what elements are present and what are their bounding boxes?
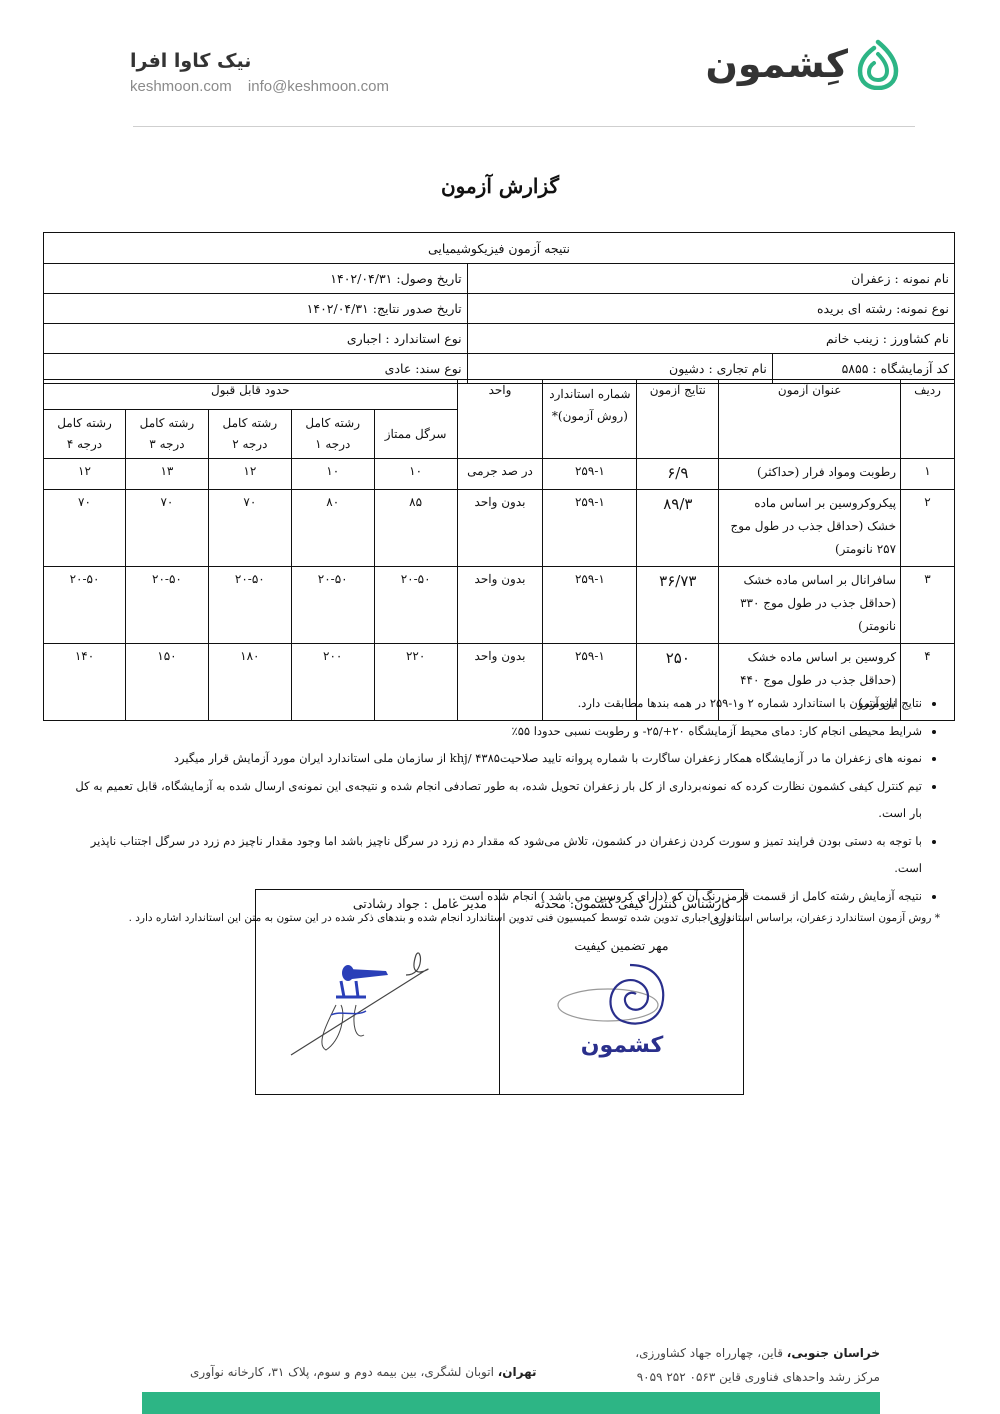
note-item: تیم کنترل کیفی کشمون نظارت کرده که نمونه… — [62, 773, 922, 828]
test-title: رطوبت ومواد فرار (حداکثر) — [719, 459, 901, 490]
svg-text:کشمون: کشمون — [580, 1033, 663, 1058]
footer-khorasan-address: خراسان جنوبی، قاین، چهارراه جهاد کشاورزی… — [635, 1341, 880, 1389]
standard-no: ۲۵۹-۱ — [543, 567, 637, 644]
test-result: ۶/۹ — [637, 459, 719, 490]
limit-grade3: ۱۳ — [125, 459, 208, 490]
keshmoon-logo-icon — [856, 38, 900, 90]
khorasan-label: خراسان جنوبی، — [787, 1346, 880, 1360]
ceo-signature-cell: مدیر عامل : جواد رشادتی — [256, 890, 500, 1095]
table-caption: نتیجه آزمون فیزیکوشیمیایی — [44, 233, 955, 264]
brand: کِشمون — [706, 38, 901, 90]
header-divider — [133, 126, 915, 127]
test-title: پیکروکروسین بر اساس ماده خشک (حداقل جذب … — [719, 490, 901, 567]
limit-grade4: ۷۰ — [44, 490, 126, 567]
qc-expert-name: کارشناس کنترل کیفی کشمون: محدثه دری — [512, 896, 731, 926]
results-table: ردیف عنوان آزمون نتایج آزمون شماره استان… — [43, 379, 955, 721]
row-no: ۱ — [901, 459, 955, 490]
header-unit: واحد — [457, 380, 543, 459]
test-title: سافرانال بر اساس ماده خشک (حداقل جذب در … — [719, 567, 901, 644]
limit-grade2: ۲۰-۵۰ — [208, 567, 291, 644]
standard-type: نوع استاندارد : اجباری — [44, 324, 468, 354]
limit-sargol: ۱۰ — [374, 459, 457, 490]
header-grade4: رشته کامل درجه ۴ — [44, 410, 126, 459]
limit-grade1: ۱۰ — [291, 459, 374, 490]
email-link[interactable]: info@keshmoon.com — [248, 78, 389, 95]
unit: بدون واحد — [457, 567, 543, 644]
footer-tehran-address: تهران، اتوبان لشگری، بین بیمه دوم و سوم،… — [190, 1365, 537, 1379]
tehran-address: اتوبان لشگری، بین بیمه دوم و سوم، پلاک ۳… — [190, 1365, 498, 1379]
ceo-signature — [286, 945, 456, 1068]
table-row: ۳ سافرانال بر اساس ماده خشک (حداقل جذب د… — [44, 567, 955, 644]
limit-grade4: ۲۰-۵۰ — [44, 567, 126, 644]
brand-name: کِشمون — [706, 42, 849, 86]
note-item: با توجه به دستی بودن فرایند تمیز و سورت … — [62, 828, 922, 883]
note-item: شرایط محیطی انجام کار: دمای محیط آزمایشگ… — [62, 718, 922, 746]
header-sargol: سرگل ممتاز — [374, 410, 457, 459]
standard-no: ۲۵۹-۱ — [543, 459, 637, 490]
limit-grade2: ۱۲ — [208, 459, 291, 490]
test-result: ۸۹/۳ — [637, 490, 719, 567]
table-row: ۱ رطوبت ومواد فرار (حداکثر) ۶/۹ ۲۵۹-۱ در… — [44, 459, 955, 490]
note-item: نتایج این آزمون با استاندارد شماره ۲ و۱-… — [62, 690, 922, 718]
header-row-no: ردیف — [901, 380, 955, 459]
header-test-title: عنوان آزمون — [719, 380, 901, 459]
limit-grade3: ۷۰ — [125, 490, 208, 567]
quality-stamp: کشمون — [552, 960, 692, 1063]
receipt-date: تاریخ وصول: ۱۴۰۲/۰۴/۳۱ — [44, 264, 468, 294]
row-no: ۳ — [901, 567, 955, 644]
notes-list: نتایج این آزمون با استاندارد شماره ۲ و۱-… — [62, 690, 942, 910]
company-name: نیک کاوا افرا — [130, 50, 401, 72]
limit-grade1: ۲۰-۵۰ — [291, 567, 374, 644]
limit-sargol: ۲۰-۵۰ — [374, 567, 457, 644]
khorasan-address: قاین، چهارراه جهاد کشاورزی، — [635, 1346, 787, 1360]
khorasan-line2: مرکز رشد واحدهای فناوری قاین ۰۵۶۳ ۲۵۲ ۹۰… — [635, 1365, 880, 1389]
footer-accent-bar — [142, 1392, 880, 1414]
letterhead: نیک کاوا افرا keshmoon.com info@keshmoon… — [130, 30, 900, 126]
header-limits: حدود قابل قبول — [44, 380, 458, 410]
page-title: گزارش آزمون — [0, 174, 1000, 198]
footer: خراسان جنوبی، قاین، چهارراه جهاد کشاورزی… — [140, 1335, 880, 1385]
limit-grade3: ۲۰-۵۰ — [125, 567, 208, 644]
signature-scribble-icon — [286, 945, 456, 1065]
sample-name: نام نمونه : زعفران — [467, 264, 954, 294]
company-links: keshmoon.com info@keshmoon.com — [130, 78, 401, 95]
table-row: ۲ پیکروکروسین بر اساس ماده خشک (حداقل جذ… — [44, 490, 955, 567]
farmer-name: نام کشاورز : زینب خانم — [467, 324, 954, 354]
company-block: نیک کاوا افرا keshmoon.com info@keshmoon… — [130, 50, 401, 95]
limit-grade2: ۷۰ — [208, 490, 291, 567]
website-link[interactable]: keshmoon.com — [130, 78, 232, 95]
quality-seal-label: مهر تضمین کیفیت — [512, 938, 731, 953]
unit: بدون واحد — [457, 490, 543, 567]
test-result: ۳۶/۷۳ — [637, 567, 719, 644]
ceo-name: مدیر عامل : جواد رشادتی — [268, 896, 487, 911]
limit-sargol: ۸۵ — [374, 490, 457, 567]
limit-grade1: ۸۰ — [291, 490, 374, 567]
unit: در صد جرمی — [457, 459, 543, 490]
limit-grade4: ۱۲ — [44, 459, 126, 490]
header-grade1: رشته کامل درجه ۱ — [291, 410, 374, 459]
header-grade3: رشته کامل درجه ۳ — [125, 410, 208, 459]
standard-no: ۲۵۹-۱ — [543, 490, 637, 567]
header-standard-no: شماره استاندارد (روش آزمون)* — [543, 380, 637, 459]
note-item: نمونه های زعفران ما در آزمایشگاه همکار ز… — [62, 745, 922, 773]
signature-table: کارشناس کنترل کیفی کشمون: محدثه دری مهر … — [255, 889, 744, 1095]
results-date: تاریخ صدور نتایج: ۱۴۰۲/۰۴/۳۱ — [44, 294, 468, 324]
sample-type: نوع نمونه: رشته ای بریده — [467, 294, 954, 324]
stamp-spiral-icon: کشمون — [552, 960, 692, 1060]
sample-info-table: نتیجه آزمون فیزیکوشیمیایی نام نمونه : زع… — [43, 232, 955, 384]
qc-signature-cell: کارشناس کنترل کیفی کشمون: محدثه دری مهر … — [500, 890, 744, 1095]
tehran-label: تهران، — [498, 1365, 537, 1379]
header-grade2: رشته کامل درجه ۲ — [208, 410, 291, 459]
row-no: ۲ — [901, 490, 955, 567]
header-test-result: نتایج آزمون — [637, 380, 719, 459]
